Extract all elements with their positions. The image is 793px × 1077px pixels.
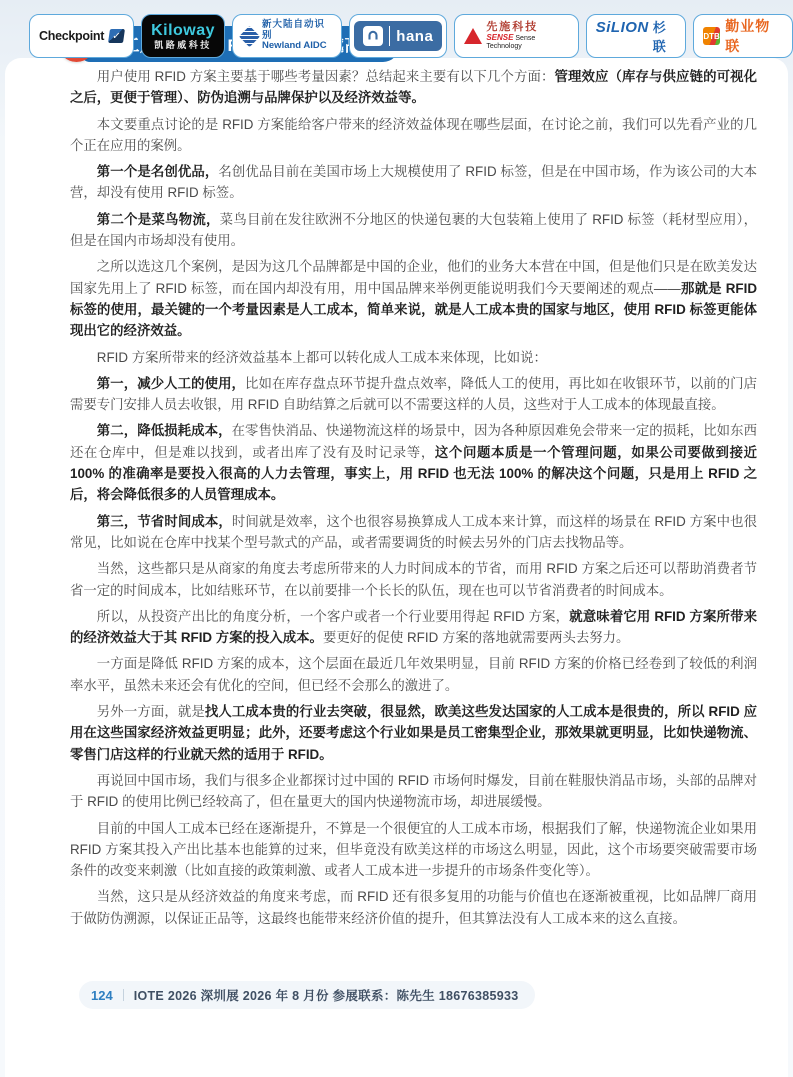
sense-brand-label: SENSE [486, 33, 513, 42]
sponsor-logo-bar: Checkpoint ✓ Kiloway 凯路威科技 新大陆自动识别 Newla… [29, 14, 793, 58]
hana-badge: hana [354, 21, 442, 51]
paragraph: 再说回中国市场，我们与很多企业都探讨过中国的 RFID 市场何时爆发，目前在鞋服… [70, 770, 757, 813]
text-run: 要更好的促使 RFID 方案的落地就需要两头去努力。 [323, 630, 630, 645]
paragraph: 一方面是降低 RFID 方案的成本，这个层面在最近几年效果明显，目前 RFID … [70, 653, 757, 696]
newland-en-label: Newland AIDC [262, 41, 332, 52]
kiloway-en-label: Kiloway [151, 23, 215, 39]
paragraph: RFID 方案所带来的经济效益基本上都可以转化成人工成本来体现，比如说： [70, 347, 757, 368]
text-run: 第三，节省时间成本， [97, 514, 232, 529]
newland-wordmark: 新大陆自动识别 Newland AIDC [262, 20, 332, 53]
logo-checkpoint: Checkpoint ✓ [29, 14, 134, 58]
text-run: 第二个是菜鸟物流， [97, 212, 220, 227]
text-run: 第二，降低损耗成本， [97, 423, 232, 438]
page-footer: 124 IOTE 2026 深圳展 2026 年 8 月份 参展联系：陈先生 1… [79, 981, 535, 1009]
logo-silion: SiLION 杉联 [586, 14, 686, 58]
silion-en-label: SiLION [596, 19, 649, 36]
silion-wordmark: SiLION 杉联 [596, 17, 676, 55]
sense-triangle-icon [464, 28, 482, 44]
footer-divider [123, 989, 124, 1001]
text-run: 当然，这只是从经济效益的角度来考虑，而 RFID 还有很多复用的功能与价值也在逐… [70, 889, 757, 925]
paragraph: 当然，这只是从经济效益的角度来考虑，而 RFID 还有很多复用的功能与价值也在逐… [70, 886, 757, 929]
paragraph: 另外一方面，就是找人工成本贵的行业去突破，很显然，欧美这些发达国家的人工成本是很… [70, 701, 757, 765]
text-run: 一方面是降低 RFID 方案的成本，这个层面在最近几年效果明显，目前 RFID … [70, 656, 757, 692]
paragraph: 第二，降低损耗成本，在零售快消品、快递物流这样的场景中，因为各种原因难免会带来一… [70, 420, 757, 505]
hana-label: hana [396, 28, 433, 45]
paragraph: 第二个是菜鸟物流，菜鸟目前在发往欧洲不分地区的快递包裹的大包装箱上使用了 RFI… [70, 209, 757, 252]
sense-en-label: SENSE Sense Technology [486, 34, 568, 50]
logo-dtb: DTB 勤业物联 [693, 14, 793, 58]
paragraph: 当然，这些都只是从商家的角度去考虑所带来的人力时间成本的节省，而用 RFID 方… [70, 558, 757, 601]
checkpoint-wordmark: Checkpoint [39, 29, 104, 43]
paragraph: 第一个是名创优品，名创优品目前在美国市场上大规模使用了 RFID 标签，但是在中… [70, 161, 757, 204]
text-run: 当然，这些都只是从商家的角度去考虑所带来的人力时间成本的节省，而用 RFID 方… [70, 561, 757, 597]
dtb-square-icon: DTB [703, 27, 720, 45]
text-run: 本文要重点讨论的是 RFID 方案能给客户带来的经济效益体现在哪些层面，在讨论之… [70, 117, 757, 153]
kiloway-cn-label: 凯路威科技 [154, 41, 212, 50]
text-run: 第一个是名创优品， [97, 164, 219, 179]
paragraph: 本文要重点讨论的是 RFID 方案能给客户带来的经济效益体现在哪些层面，在讨论之… [70, 114, 757, 157]
silion-cn-label: 杉联 [653, 17, 676, 55]
paragraph: 用户使用 RFID 方案主要基于哪些考量因素？总结起来主要有以下几个方面：管理效… [70, 66, 757, 109]
sense-cn-label: 先施科技 [486, 21, 568, 33]
footer-text: IOTE 2026 深圳展 2026 年 8 月份 参展联系：陈先生 18676… [134, 986, 519, 1004]
paragraph: 所以，从投资产出比的角度分析，一个客户或者一个行业要用得起 RFID 方案，就意… [70, 606, 757, 649]
hana-logo-icon [363, 26, 383, 46]
paragraph: 第一，减少人工的使用，比如在库存盘点环节提升盘点效率，降低人工的使用，再比如在收… [70, 373, 757, 416]
newland-cn-label: 新大陆自动识别 [262, 20, 332, 42]
kiloway-wordmark: Kiloway 凯路威科技 [151, 23, 215, 50]
text-run: 第一，减少人工的使用， [97, 376, 245, 391]
checkpoint-check-icon: ✓ [108, 29, 125, 43]
newland-diamond-icon [239, 25, 260, 46]
paragraph: 目前的中国人工成本已经在逐渐提升，不算是一个很便宜的人工成本市场，根据我们了解，… [70, 818, 757, 882]
text-run: 用户使用 RFID 方案主要基于哪些考量因素？总结起来主要有以下几个方面： [97, 69, 555, 84]
page-number: 124 [91, 988, 113, 1003]
article-body: 用户使用 RFID 方案主要基于哪些考量因素？总结起来主要有以下几个方面：管理效… [70, 66, 757, 934]
paragraph: 之所以选这几个案例，是因为这几个品牌都是中国的企业，他们的业务大本营在中国，但是… [70, 256, 757, 341]
text-run: RFID 方案所带来的经济效益基本上都可以转化成人工成本来体现，比如说： [97, 350, 547, 365]
text-run: 另外一方面，就是 [97, 704, 205, 719]
text-run: 目前的中国人工成本已经在逐渐提升，不算是一个很便宜的人工成本市场，根据我们了解，… [70, 821, 757, 879]
paragraph: 第三，节省时间成本，时间就是效率，这个也很容易换算成人工成本来计算，而这样的场景… [70, 511, 757, 554]
text-run: 再说回中国市场，我们与很多企业都探讨过中国的 RFID 市场何时爆发，目前在鞋服… [70, 773, 757, 809]
sense-wordmark: 先施科技 SENSE Sense Technology [486, 21, 568, 51]
text-run: 之所以选这几个案例，是因为这几个品牌都是中国的企业，他们的业务大本营在中国，但是… [70, 259, 757, 295]
logo-kiloway: Kiloway 凯路威科技 [141, 14, 225, 58]
text-run: 所以，从投资产出比的角度分析，一个客户或者一个行业要用得起 RFID 方案， [97, 609, 569, 624]
logo-newland: 新大陆自动识别 Newland AIDC [232, 14, 342, 58]
dtb-cn-label: 勤业物联 [725, 16, 783, 56]
logo-sense: 先施科技 SENSE Sense Technology [454, 14, 578, 58]
hana-divider [389, 26, 390, 46]
logo-hana: hana [349, 14, 447, 58]
